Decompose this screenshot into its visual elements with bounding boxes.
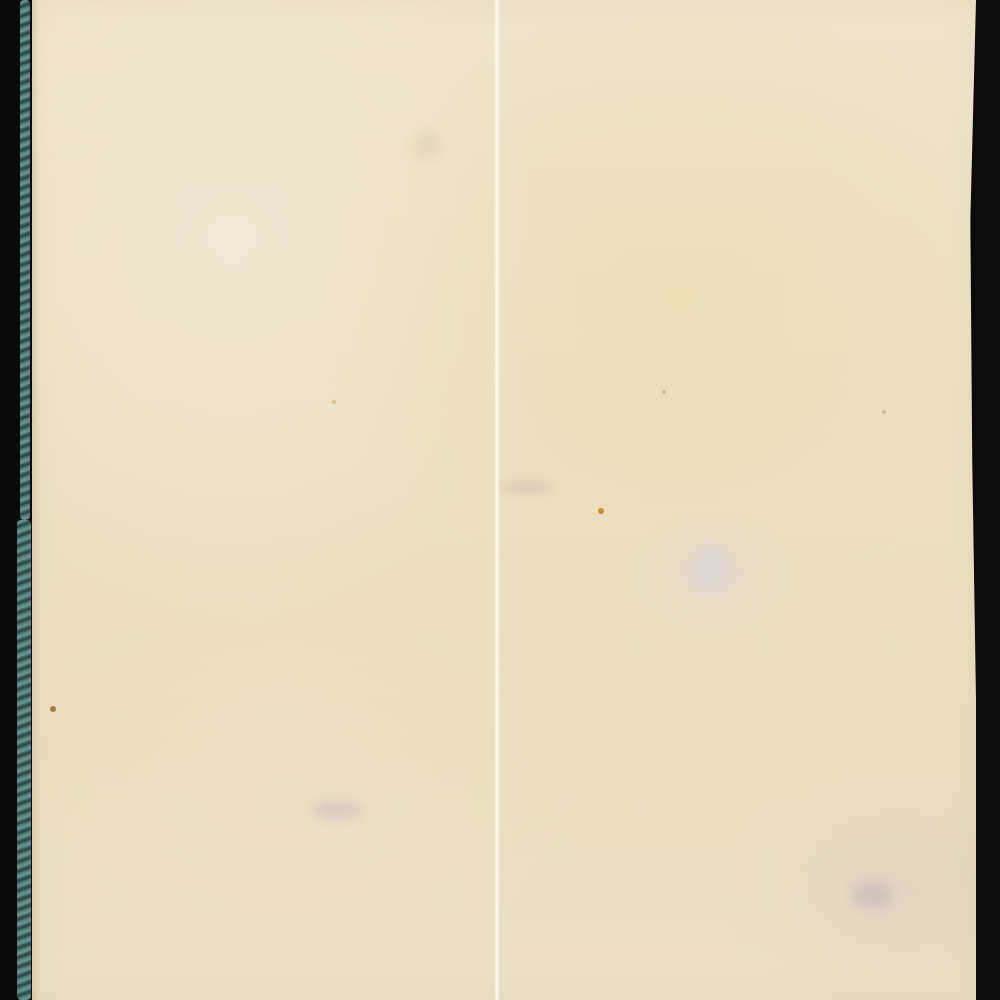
stain-spot: [412, 130, 442, 160]
stain-spot: [852, 880, 892, 910]
stain-spot: [692, 545, 728, 595]
scan-background: [974, 0, 1000, 1000]
cover-edge-shadow: [32, 0, 40, 1000]
stain-spot: [502, 480, 552, 494]
binding-cord-lower: [17, 520, 31, 1000]
stain-spot: [312, 800, 362, 820]
stain-spot: [332, 400, 336, 404]
stain-spot: [882, 410, 886, 414]
vellum-cover: [32, 0, 976, 1000]
stain-spot: [50, 706, 56, 712]
center-fold-crease: [494, 0, 500, 1000]
scanned-document: [0, 0, 1000, 1000]
stain-spot: [662, 390, 666, 394]
binding-cord-upper: [20, 0, 30, 520]
stain-spot: [598, 508, 604, 514]
